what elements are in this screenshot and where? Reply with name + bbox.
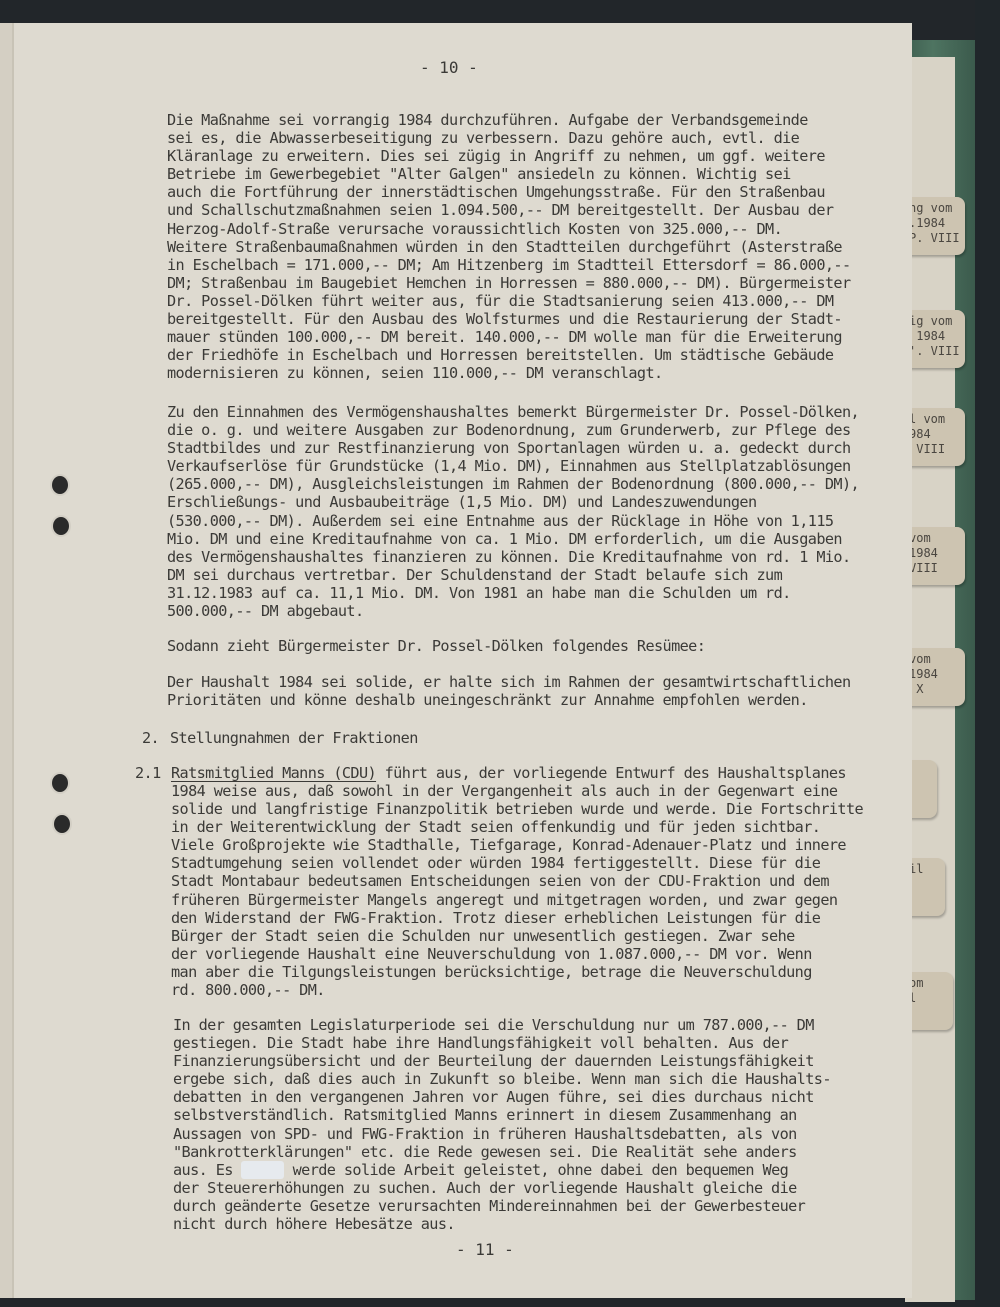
redacted-line: aus. Es werde solide Arbeit geleistet, o…	[173, 1161, 788, 1179]
index-tab[interactable]: ng vom .1984 P. VIII	[905, 197, 965, 255]
subsection-number: 2.1	[135, 764, 161, 782]
redaction-mark	[241, 1161, 284, 1179]
punch-hole	[54, 815, 70, 833]
paragraph-legislature: In der gesamten Legislaturperiode sei di…	[173, 1016, 831, 1161]
paragraph-cdu-statement: 1984 weise aus, daß sowohl in der Vergan…	[171, 782, 863, 999]
section-title: Stellungnahmen der Fraktionen	[170, 729, 418, 747]
document-page: - 10 - Die Maßnahme sei vorrangig 1984 d…	[12, 23, 912, 1298]
punch-hole	[53, 517, 69, 535]
speaker-name: Ratsmitglied Manns (CDU)	[171, 764, 376, 782]
paragraph-revenues: Zu den Einnahmen des Vermögenshaushaltes…	[167, 403, 859, 620]
line-start: aus. Es	[173, 1161, 241, 1179]
paragraph-legislature-tail: der Steuererhöhungen zu suchen. Auch der…	[173, 1179, 805, 1233]
index-tab[interactable]: vom 1984 VIII	[905, 527, 965, 585]
subsection-first-line: Ratsmitglied Manns (CDU) führt aus, der …	[171, 764, 846, 782]
line-end: werde solide Arbeit geleistet, ohne dabe…	[284, 1161, 788, 1179]
binder-cover	[975, 0, 1000, 1307]
index-tab[interactable]: ig vom 1984 '. VIII	[905, 310, 965, 368]
paragraph-summary-intro: Sodann zieht Bürgermeister Dr. Possel-Dö…	[167, 637, 705, 655]
punch-hole	[52, 774, 68, 792]
first-line-text: führt aus, der vorliegende Entwurf des H…	[376, 764, 846, 782]
section-number: 2.	[142, 729, 159, 747]
page-number-bottom: - 11 -	[456, 1240, 514, 1259]
index-tab[interactable]: l vom 984 VIII	[905, 408, 965, 466]
index-tab[interactable]: vom 1984 X	[905, 648, 965, 706]
paragraph-summary: Der Haushalt 1984 sei solide, er halte s…	[167, 673, 851, 709]
paragraph-expenditures: Die Maßnahme sei vorrangig 1984 durchzuf…	[167, 111, 851, 382]
index-tab[interactable]: om l	[905, 972, 953, 1030]
punch-hole	[52, 476, 68, 494]
page-number-top: - 10 -	[420, 58, 478, 77]
